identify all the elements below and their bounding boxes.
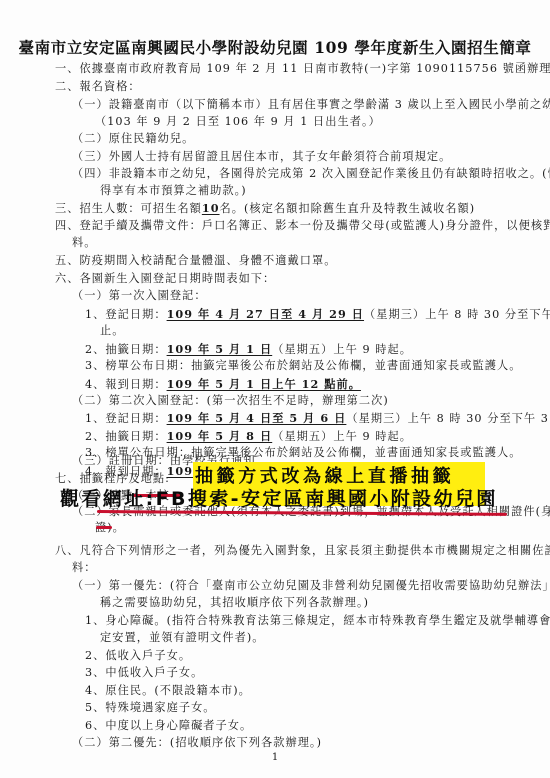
label: 1、登記日期： bbox=[85, 412, 167, 425]
label: 1、登記日期： bbox=[85, 308, 167, 321]
section-2-item-2: （二）原住民籍幼兒。 bbox=[72, 132, 194, 146]
date: 109 年 5 月 1 日上午 12 點前。 bbox=[167, 377, 361, 391]
enrollment-quota: 10 bbox=[202, 201, 220, 215]
section-2-item-1-cont: （103 年 9 月 2 日至 106 年 9 月 1 日出生者。） bbox=[95, 115, 381, 129]
date: 109 年 5 月 1 日 bbox=[167, 342, 273, 356]
annotation-line-2: 觀看網址:FB搜索-安定區南興國小附設幼兒園 bbox=[60, 484, 498, 511]
priority-1-item-4: 4、原住民。(不限設籍本市)。 bbox=[85, 684, 251, 698]
section-2-item-1: （一）設籍臺南市（以下簡稱本市）且有居住事實之學齡滿 3 歲以上至入國民小學前之… bbox=[72, 98, 550, 112]
section-8-priority-1-cont: 稱之需要協助幼兒，其招收順序依下列各款辦理。) bbox=[100, 596, 369, 610]
round-1-registration-date: 1、登記日期：109 年 4 月 27 日至 4 月 29 日（星期三）上午 8… bbox=[85, 307, 550, 322]
section-5: 五、防疫期間入校請配合量體溫、身體不適戴口罩。 bbox=[55, 254, 336, 268]
label: 2、抽籤日期： bbox=[85, 343, 167, 356]
section-8-priority-1: （一）第一優先：(符合「臺南市公立幼兒園及非營利幼兒園優先招收需要協助幼兒辦法」… bbox=[72, 579, 550, 593]
round-1-lottery-date: 2、抽籤日期：109 年 5 月 1 日（星期五）上午 9 時起。 bbox=[85, 342, 412, 357]
section-2-item-3: （三）外國人士持有居留證且居住本市，其子女年齡須符合前項規定。 bbox=[72, 150, 451, 164]
date: 109 年 5 月 8 日 bbox=[167, 429, 273, 443]
section-3-note: 名。(核定名額扣除舊生直升及特教生減收名額) bbox=[220, 202, 476, 215]
time-range: （星期三）上午 8 時 30 分至下午 3 時 30 分止。 bbox=[346, 412, 550, 425]
priority-1-item-3: 3、中低收入戶子女。 bbox=[85, 666, 203, 680]
section-4-cont: 料。 bbox=[72, 236, 96, 250]
priority-1-item-2: 2、低收入戶子女。 bbox=[85, 649, 191, 663]
section-6-round-1: （一）第一次入園登記： bbox=[72, 289, 207, 303]
section-3-label: 三、招生人數：可招生名額 bbox=[55, 202, 202, 215]
section-2-item-4: （四）非設籍本市之幼兒，各園得於完成第 2 次入園登記作業後且仍有缺額時招收之。… bbox=[72, 167, 550, 181]
round-1-report-date: 4、報到日期：109 年 5 月 1 日上午 12 點前。 bbox=[85, 377, 361, 392]
round-1-registration-date-cont: 止。 bbox=[100, 324, 124, 338]
section-8-cont: 料： bbox=[72, 561, 96, 575]
time: （星期五）上午 9 時起。 bbox=[272, 343, 412, 356]
priority-1-item-1-cont: 定安置，並領有證明文件者)。 bbox=[100, 631, 265, 645]
label: 4、報到日期： bbox=[85, 378, 167, 391]
section-8-priority-2: （二）第二優先：(招收順序依下列各款辦理。) bbox=[72, 736, 322, 750]
date-range: 109 年 5 月 4 日至 5 月 6 日 bbox=[167, 411, 347, 425]
priority-1-item-5: 5、特殊境遇家庭子女。 bbox=[85, 701, 216, 715]
round-1-result-date: 3、榜單公布日期：抽籤完畢後公布於網站及公佈欄，並書面通知家長或監護人。 bbox=[85, 359, 521, 373]
section-3: 三、招生人數：可招生名額10名。(核定名額扣除舊生直升及特教生減收名額) bbox=[55, 201, 475, 216]
page-number: 1 bbox=[0, 752, 550, 763]
section-2-item-4-cont: 得享有本市預算之補助款。) bbox=[100, 184, 247, 198]
section-6-heading: 六、各園新生入園登記日期時間表如下： bbox=[55, 272, 275, 286]
priority-1-item-1: 1、身心障礙。(指符合特殊教育法第三條規定，經本市特殊教育學生鑑定及就學輔導會鑑 bbox=[85, 614, 550, 628]
label: 2、抽籤日期： bbox=[85, 430, 167, 443]
round-2-lottery-date: 2、抽籤日期：109 年 5 月 8 日（星期五）上午 9 時起。 bbox=[85, 429, 412, 444]
strikethrough-mark bbox=[96, 526, 112, 529]
section-1: 一、依據臺南市政府教育局 109 年 2 月 11 日南市教特(一)字第 109… bbox=[55, 62, 550, 76]
section-2-heading: 二、報名資格： bbox=[55, 80, 141, 94]
time: （星期五）上午 9 時起。 bbox=[272, 430, 412, 443]
section-6-round-2: （二）第二次入園登記：(第一次招生不足時，辦理第二次) bbox=[72, 394, 389, 408]
document-page: 臺南市立安定區南興國民小學附設幼兒園 109 學年度新生入園招生簡章 一、依據臺… bbox=[0, 0, 550, 778]
date-range: 109 年 4 月 27 日至 4 月 29 日 bbox=[167, 307, 364, 321]
time-range: （星期三）上午 8 時 30 分至下午 3 時 30 分 bbox=[364, 308, 550, 321]
section-4: 四、登記手續及攜帶文件：戶口名簿正、影本一份及攜帶父母(或監護人)身分證件，以便… bbox=[55, 219, 550, 233]
section-8: 八、凡符合下列情形之一者，列為優先入園對象，且家長須主動提供本市機關規定之相關佐… bbox=[55, 544, 550, 558]
priority-1-item-6: 6、中度以上身心障礙者子女。 bbox=[85, 719, 252, 733]
document-title: 臺南市立安定區南興國民小學附設幼兒園 109 學年度新生入園招生簡章 bbox=[0, 36, 550, 58]
round-2-registration-date: 1、登記日期：109 年 5 月 4 日至 5 月 6 日（星期三）上午 8 時… bbox=[85, 411, 550, 426]
